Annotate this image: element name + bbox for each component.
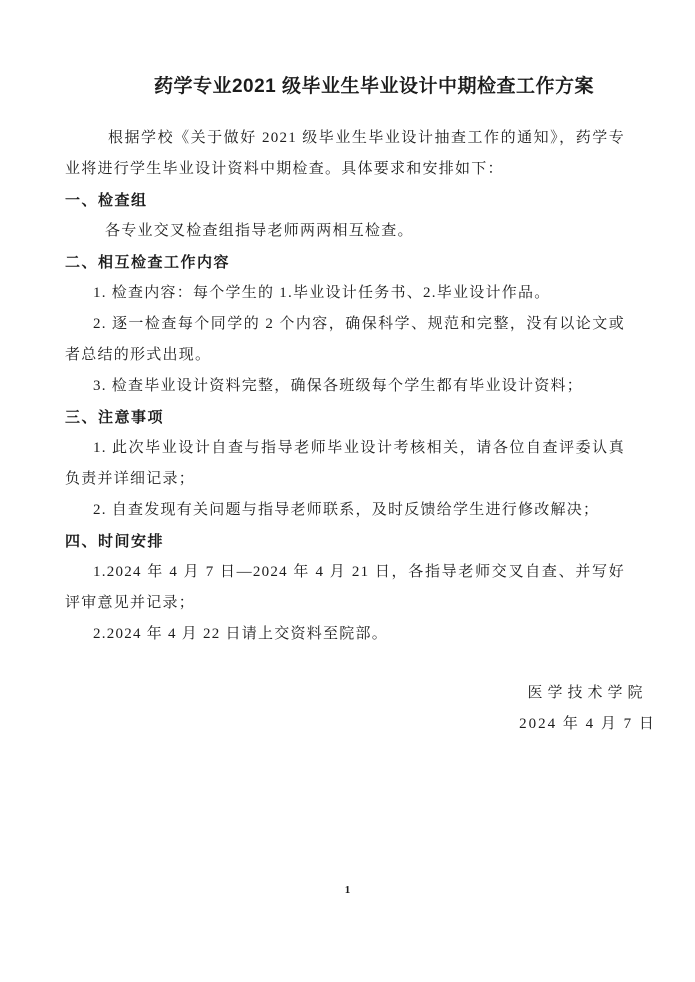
section-3-item-1: 1. 此次毕业设计自查与指导老师毕业设计考核相关，请各位自查评委认真负责并详细记… (65, 433, 625, 495)
section-2-heading: 二、相互检查工作内容 (65, 247, 625, 278)
intro-paragraph: 根据学校《关于做好 2021 级毕业生毕业设计抽查工作的通知》，药学专业将进行学… (65, 123, 625, 185)
section-3-heading: 三、注意事项 (65, 402, 625, 433)
document-page: { "doc": { "title": "药学专业2021 级毕业生毕业设计中期… (0, 0, 695, 982)
section-4-heading: 四、时间安排 (65, 526, 625, 557)
section-3-item-2: 2. 自查发现有关问题与指导老师联系，及时反馈给学生进行修改解决； (65, 495, 625, 526)
section-4-item-1: 1.2024 年 4 月 7 日—2024 年 4 月 21 日，各指导老师交叉… (65, 557, 625, 619)
page-number: 1 (0, 883, 695, 898)
section-2-item-1: 1. 检查内容：每个学生的 1.毕业设计任务书、2.毕业设计作品。 (65, 278, 625, 309)
signature-block: 医学技术学院 2024 年 4 月 7 日 (415, 678, 695, 740)
section-1-item-1: 各专业交叉检查组指导老师两两相互检查。 (65, 216, 625, 247)
signature-organization: 医学技术学院 (415, 678, 695, 709)
document-title: 药学专业2021 级毕业生毕业设计中期检查工作方案 (65, 73, 625, 100)
section-1-heading: 一、检查组 (65, 185, 625, 216)
section-2-item-2: 2. 逐一检查每个同学的 2 个内容，确保科学、规范和完整，没有以论文或者总结的… (65, 309, 625, 371)
signature-date: 2024 年 4 月 7 日 (415, 709, 695, 740)
document-body: 药学专业2021 级毕业生毕业设计中期检查工作方案 根据学校《关于做好 2021… (0, 0, 695, 740)
section-2-item-3: 3. 检查毕业设计资料完整，确保各班级每个学生都有毕业设计资料； (65, 371, 625, 402)
section-4-item-2: 2.2024 年 4 月 22 日请上交资料至院部。 (65, 619, 625, 650)
